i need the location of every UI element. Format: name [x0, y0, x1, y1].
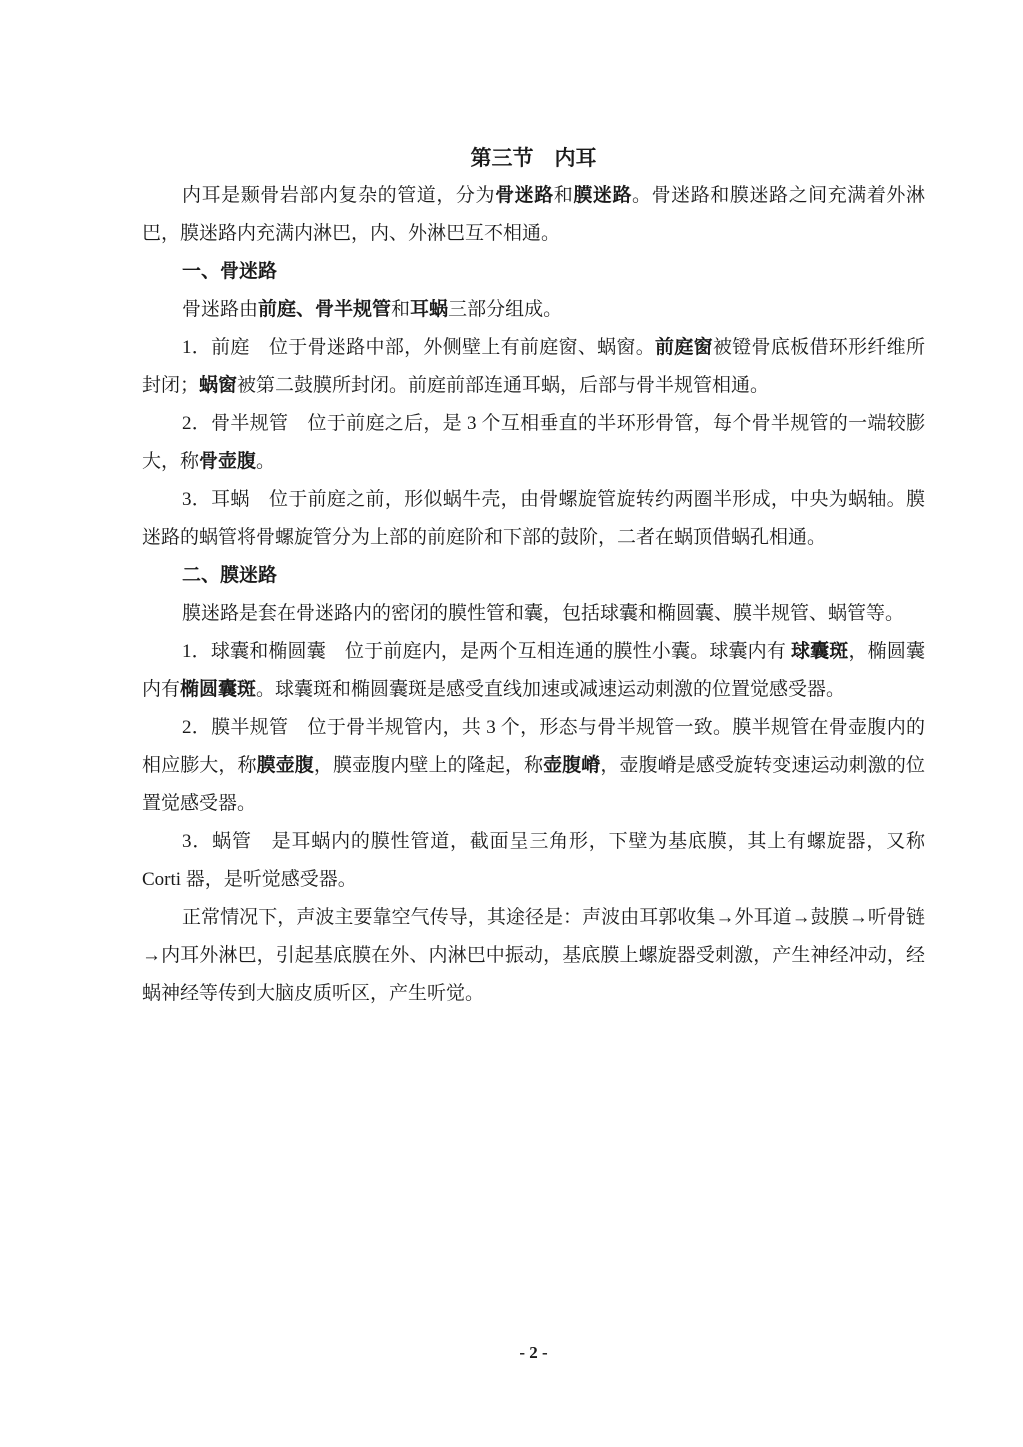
bold-term: 一、骨迷路 — [182, 261, 277, 282]
bold-term: 壶腹嵴 — [543, 755, 600, 776]
bold-term: 骨壶腹 — [199, 451, 256, 472]
text-run: 1．球囊和椭圆囊 位于前庭内，是两个互相连通的膜性小囊。球囊内有 — [182, 641, 791, 662]
bold-term: 二、膜迷路 — [182, 565, 277, 586]
paragraph: 3．蜗管 是耳蜗内的膜性管道，截面呈三角形，下壁为基底膜，其上有螺旋器，又称 C… — [142, 823, 925, 899]
paragraph: 正常情况下，声波主要靠空气传导，其途径是：声波由耳郭收集→外耳道→鼓膜→听骨链→… — [142, 899, 925, 1013]
text-run: 三部分组成。 — [448, 299, 562, 320]
paragraph: 1．前庭 位于骨迷路中部，外侧壁上有前庭窗、蜗窗。前庭窗被镫骨底板借环形纤维所封… — [142, 329, 925, 405]
paragraph: 2．膜半规管 位于骨半规管内，共 3 个，形态与骨半规管一致。膜半规管在骨壶腹内… — [142, 709, 925, 823]
text-run: 。球囊斑和椭圆囊斑是感受直线加速或减速运动刺激的位置觉感受器。 — [256, 679, 845, 700]
paragraph: 2．骨半规管 位于前庭之后，是 3 个互相垂直的半环形骨管，每个骨半规管的一端较… — [142, 405, 925, 481]
text-run: 膜迷路是套在骨迷路内的密闭的膜性管和囊，包括球囊和椭圆囊、膜半规管、蜗管等。 — [182, 603, 904, 624]
bold-term: 蜗窗 — [199, 375, 237, 396]
text-run: 正常情况下，声波主要靠空气传导，其途径是：声波由耳郭收集→外耳道→鼓膜→听骨链→… — [142, 907, 925, 1004]
document-page: 第三节 内耳 内耳是颞骨岩部内复杂的管道，分为骨迷路和膜迷路。骨迷路和膜迷路之间… — [0, 0, 1023, 1447]
paragraph: 内耳是颞骨岩部内复杂的管道，分为骨迷路和膜迷路。骨迷路和膜迷路之间充满着外淋巴，… — [142, 177, 925, 253]
bold-term: 椭圆囊斑 — [180, 679, 256, 700]
text-run: 3．蜗管 是耳蜗内的膜性管道，截面呈三角形，下壁为基底膜，其上有螺旋器，又称 C… — [142, 831, 925, 890]
paragraph: 1．球囊和椭圆囊 位于前庭内，是两个互相连通的膜性小囊。球囊内有 球囊斑，椭圆囊… — [142, 633, 925, 709]
section-heading: 一、骨迷路 — [142, 253, 925, 291]
text-run: 内耳是颞骨岩部内复杂的管道，分为 — [182, 185, 495, 206]
bold-term: 膜壶腹 — [257, 755, 314, 776]
document-title: 第三节 内耳 — [142, 139, 925, 177]
paragraph: 3．耳蜗 位于前庭之前，形似蜗牛壳，由骨螺旋管旋转约两圈半形成，中央为蜗轴。膜迷… — [142, 481, 925, 557]
bold-term: 耳蜗 — [410, 299, 448, 320]
bold-term: 骨迷路 — [495, 185, 554, 206]
bold-term: 前庭、骨半规管 — [258, 299, 391, 320]
bold-term: 前庭窗 — [655, 337, 713, 358]
section-heading: 二、膜迷路 — [142, 557, 925, 595]
page-number: - 2 - — [142, 1341, 925, 1365]
text-run: 3．耳蜗 位于前庭之前，形似蜗牛壳，由骨螺旋管旋转约两圈半形成，中央为蜗轴。膜迷… — [142, 489, 925, 548]
document-body: 内耳是颞骨岩部内复杂的管道，分为骨迷路和膜迷路。骨迷路和膜迷路之间充满着外淋巴，… — [142, 177, 925, 1013]
text-run: 骨迷路由 — [182, 299, 258, 320]
text-run: 。 — [256, 451, 275, 472]
bold-term: 球囊斑 — [791, 641, 849, 662]
text-run: 和 — [554, 185, 574, 206]
text-run: 和 — [391, 299, 410, 320]
text-run: ，膜壶腹内壁上的隆起，称 — [314, 755, 543, 776]
paragraph: 膜迷路是套在骨迷路内的密闭的膜性管和囊，包括球囊和椭圆囊、膜半规管、蜗管等。 — [142, 595, 925, 633]
paragraph: 骨迷路由前庭、骨半规管和耳蜗三部分组成。 — [142, 291, 925, 329]
bold-term: 膜迷路 — [573, 185, 632, 206]
text-run: 1．前庭 位于骨迷路中部，外侧壁上有前庭窗、蜗窗。 — [182, 337, 655, 358]
text-run: 被第二鼓膜所封闭。前庭前部连通耳蜗，后部与骨半规管相通。 — [237, 375, 769, 396]
